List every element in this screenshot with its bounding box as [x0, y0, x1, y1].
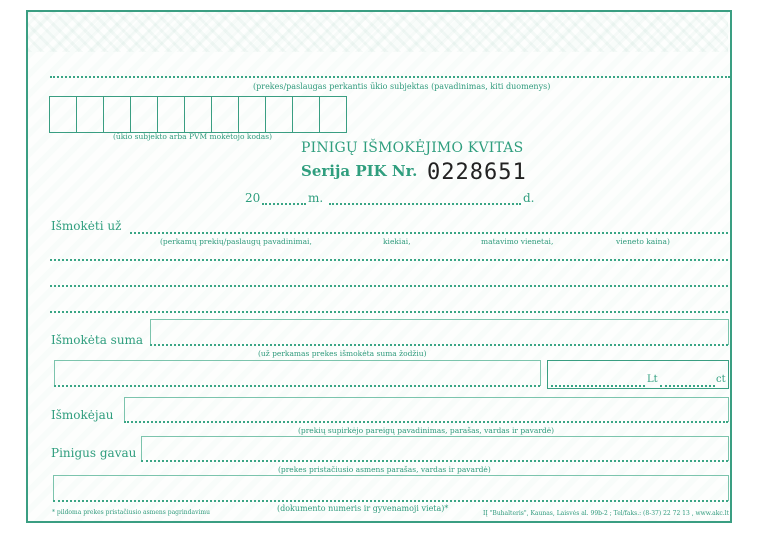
document-caption: (dokumento numeris ir gyvenamoji vieta)* — [277, 504, 448, 513]
paid-by-caption: (prekių supirkėjo pareigų pavadinimas, p… — [298, 426, 554, 435]
code-grid — [50, 96, 347, 133]
pay-for-field-4[interactable] — [50, 311, 728, 313]
pay-for-caption-units: matavimo vienetai, — [481, 237, 553, 246]
footnote: * pildoma prekes pristačiusio asmens pag… — [52, 509, 210, 516]
code-cell[interactable] — [292, 96, 320, 133]
date-day-suffix: d. — [523, 191, 535, 205]
paid-sum-words-field[interactable] — [150, 344, 728, 346]
code-cell[interactable] — [211, 96, 239, 133]
publisher-info: IĮ "Buhalteris", Kaunas, Laisvės al. 99b… — [483, 510, 729, 517]
pay-for-caption-items: (perkamų prekių/paslaugų pavadinimai, — [160, 237, 312, 246]
code-cell[interactable] — [265, 96, 293, 133]
year-field[interactable] — [262, 203, 306, 205]
received-caption: (prekes pristačiusio asmens parašas, var… — [278, 465, 491, 474]
document-field[interactable] — [53, 500, 728, 502]
cents-label: ct — [716, 374, 726, 385]
litas-field[interactable] — [551, 385, 645, 387]
pay-for-field-1[interactable] — [130, 232, 728, 234]
code-cell[interactable] — [184, 96, 212, 133]
decorative-pattern — [28, 12, 728, 52]
series-number: 0228651 — [427, 160, 527, 185]
document-box[interactable] — [53, 475, 729, 501]
series-label: Serija PIK Nr. — [301, 162, 417, 180]
code-cell[interactable] — [76, 96, 104, 133]
date-year-prefix: 20 — [245, 191, 260, 205]
code-cell[interactable] — [157, 96, 185, 133]
paid-by-field[interactable] — [124, 421, 728, 423]
paid-sum-label: Išmokėta suma — [51, 333, 143, 347]
code-cell[interactable] — [103, 96, 131, 133]
pay-for-label: Išmokėti už — [51, 219, 121, 233]
received-label: Pinigus gavau — [51, 446, 136, 460]
received-field[interactable] — [141, 460, 728, 462]
code-caption: (ūkio subjekto arba PVM mokėtojo kodas) — [113, 132, 272, 141]
buyer-field[interactable] — [50, 76, 730, 78]
form-title: PINIGŲ IŠMOKĖJIMO KVITAS — [301, 140, 523, 156]
pay-for-field-2[interactable] — [50, 259, 728, 261]
paid-sum-caption: (už perkamas prekes išmokėta suma žodžiu… — [258, 349, 427, 358]
code-cell[interactable] — [49, 96, 77, 133]
paid-by-label: Išmokėjau — [51, 408, 113, 422]
pay-for-caption-price: vieneto kaina) — [616, 237, 670, 246]
code-cell[interactable] — [130, 96, 158, 133]
cents-field[interactable] — [660, 385, 715, 387]
code-cell[interactable] — [319, 96, 347, 133]
month-day-field[interactable] — [329, 203, 521, 205]
received-box[interactable] — [141, 436, 729, 461]
buyer-caption: (prekes/paslaugas perkantis ūkio subjekt… — [253, 82, 550, 91]
paid-sum-words-box-2[interactable] — [54, 360, 541, 386]
paid-sum-words-box[interactable] — [150, 319, 729, 345]
date-month-suffix: m. — [308, 191, 323, 205]
paid-sum-words-field-2[interactable] — [54, 385, 540, 387]
pay-for-field-3[interactable] — [50, 285, 728, 287]
code-cell[interactable] — [238, 96, 266, 133]
pay-for-caption-qty: kiekiai, — [383, 237, 411, 246]
currency-label: Lt — [647, 374, 658, 385]
paid-by-box[interactable] — [124, 397, 729, 422]
